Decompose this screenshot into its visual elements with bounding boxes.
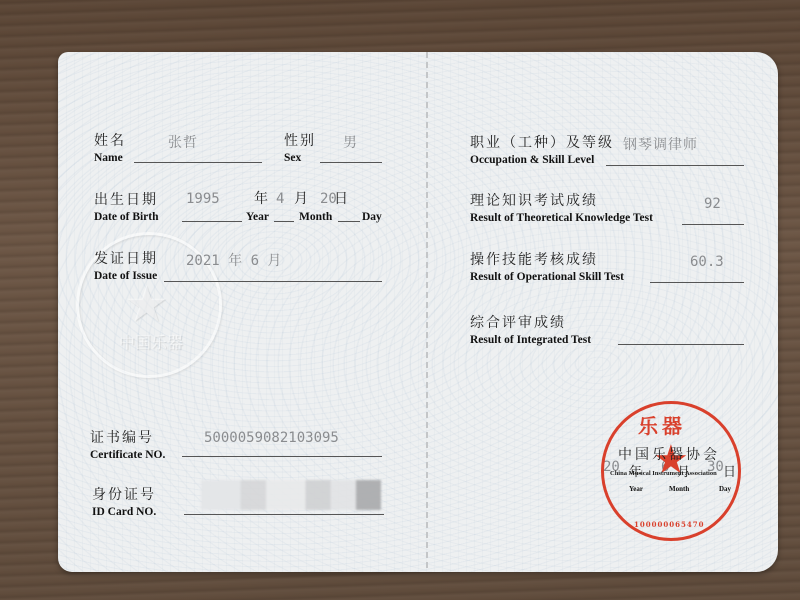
name-label-cn: 姓名 — [94, 130, 126, 150]
name-field: 姓名 Name — [94, 130, 126, 164]
birth-year-value: 1995 — [186, 191, 220, 207]
birth-label-cn: 出生日期 — [94, 189, 159, 209]
integrated-field: 综合评审成绩 Result of Integrated Test — [470, 312, 591, 346]
official-seal-stamp: 乐器 ★ 中国乐器协会 China Musical Instrument Ass… — [601, 401, 741, 541]
star-icon: ★ — [124, 275, 169, 333]
birth-month-underline — [274, 221, 294, 222]
name-label-en: Name — [94, 152, 126, 164]
id-card-field: 身份证号 ID Card NO. — [92, 484, 156, 518]
occupation-underline — [606, 165, 744, 166]
occupation-label-cn: 职业（工种）及等级 — [470, 132, 614, 152]
theory-label-en: Result of Theoretical Knowledge Test — [470, 212, 653, 224]
certificate-label-cn: 证书编号 — [90, 427, 165, 447]
birth-label-en: Date of Birth — [94, 211, 159, 223]
birth-year-en: Year — [246, 211, 269, 223]
occupation-value: 钢琴调律师 — [623, 134, 698, 154]
sex-underline — [320, 162, 382, 163]
left-page: ★ 中国乐器 姓名 Name 张哲 性别 Sex 男 出生日期 Date of … — [58, 52, 428, 572]
theory-underline — [682, 224, 744, 225]
issue-value: 2021 年 6 月 — [186, 250, 281, 270]
issue-label-en: Date of Issue — [94, 270, 158, 282]
birth-month-en: Month — [299, 211, 332, 223]
theory-field: 理论知识考试成绩 Result of Theoretical Knowledge… — [470, 190, 653, 224]
birth-year-underline — [182, 221, 242, 222]
theory-value: 92 — [704, 196, 721, 212]
id-card-underline — [184, 514, 384, 515]
birth-day-cn: 日 — [334, 188, 350, 208]
birth-month-value: 4 — [276, 191, 284, 207]
occupation-field: 职业（工种）及等级 Occupation & Skill Level — [470, 132, 614, 166]
birth-month-cn: 月 — [294, 188, 310, 208]
integrated-label-cn: 综合评审成绩 — [470, 312, 591, 332]
name-underline — [134, 162, 262, 163]
theory-label-cn: 理论知识考试成绩 — [470, 190, 653, 210]
stamp-arc-text: 乐器 — [638, 410, 686, 439]
id-card-label-cn: 身份证号 — [92, 484, 156, 504]
integrated-label-en: Result of Integrated Test — [470, 334, 591, 346]
id-card-redacted-value — [201, 480, 381, 510]
birth-field: 出生日期 Date of Birth — [94, 189, 159, 223]
operational-underline — [650, 282, 744, 283]
emboss-text: 中国乐器 — [119, 330, 183, 353]
operational-label-en: Result of Operational Skill Test — [470, 271, 624, 283]
integrated-underline — [618, 344, 744, 345]
operational-label-cn: 操作技能考核成绩 — [470, 249, 624, 269]
issue-underline — [164, 281, 382, 282]
operational-field: 操作技能考核成绩 Result of Operational Skill Tes… — [470, 249, 624, 283]
occupation-label-en: Occupation & Skill Level — [470, 154, 614, 166]
stamp-org-cn: 中国乐器协会 — [618, 444, 720, 464]
stamp-org-en: China Musical Instrument Association — [610, 470, 740, 477]
birth-day-en: Day — [362, 211, 382, 223]
issue-label-cn: 发证日期 — [94, 248, 158, 268]
sex-label-cn: 性别 — [284, 130, 316, 150]
issue-field: 发证日期 Date of Issue — [94, 248, 158, 282]
birth-year-cn: 年 — [254, 188, 270, 208]
sex-label-en: Sex — [284, 152, 316, 164]
certificate-value: 5000059082103095 — [204, 430, 339, 446]
certificate-underline — [182, 456, 382, 457]
sex-field: 性别 Sex — [284, 130, 316, 164]
name-value: 张哲 — [168, 132, 198, 152]
certificate-field: 证书编号 Certificate NO. — [90, 427, 165, 461]
id-card-label-en: ID Card NO. — [92, 506, 156, 518]
certificate-label-en: Certificate NO. — [90, 449, 165, 461]
stamp-serial: 100000065470 — [634, 520, 704, 529]
operational-value: 60.3 — [690, 254, 724, 270]
sex-value: 男 — [343, 132, 358, 152]
certificate-booklet: ★ 中国乐器 姓名 Name 张哲 性别 Sex 男 出生日期 Date of … — [58, 52, 778, 572]
birth-day-underline — [338, 221, 360, 222]
